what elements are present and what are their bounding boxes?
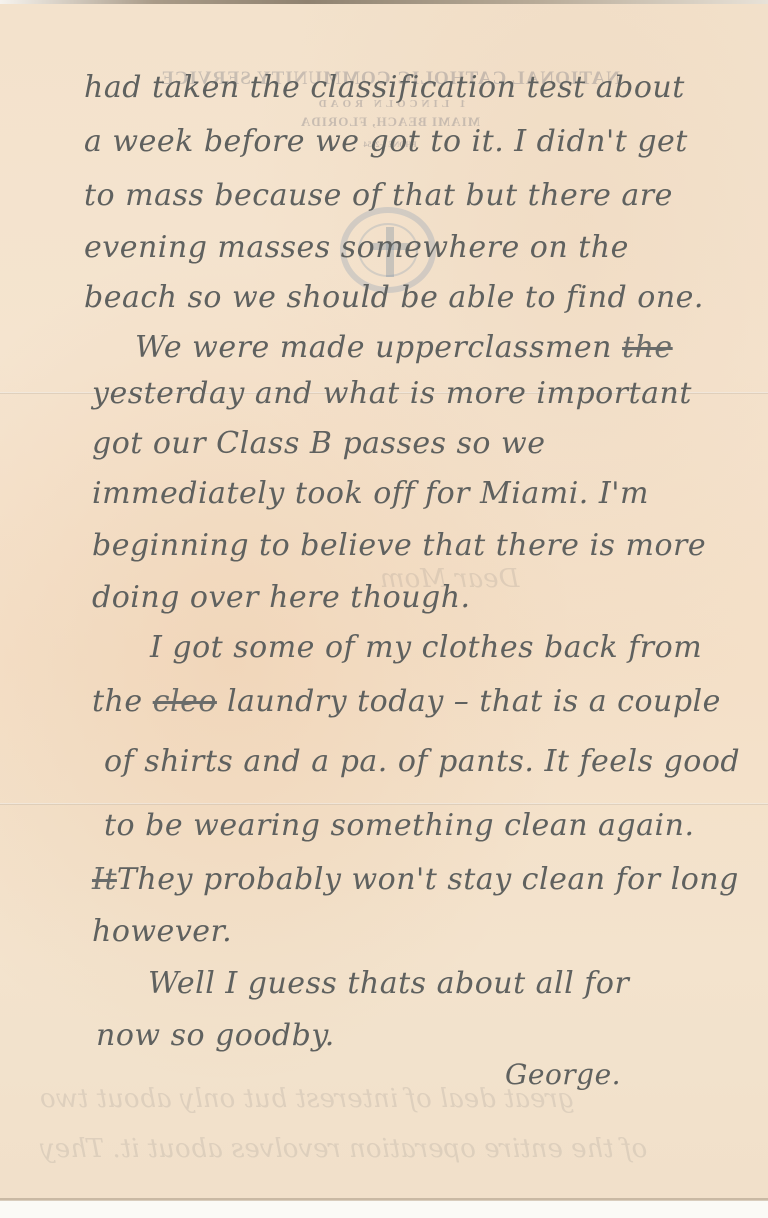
letter-line: beach so we should be able to find one. <box>84 280 704 315</box>
paper-bottom-edge <box>0 1200 768 1218</box>
letter-line: a week before we got to it. I didn't get <box>84 124 688 159</box>
letter-line: beginning to believe that there is more <box>92 528 706 563</box>
struck-word: It <box>92 862 117 897</box>
line-text: We were made upperclassmen <box>135 330 612 365</box>
fold-line <box>0 803 768 805</box>
letter-line: evening masses somewhere on the <box>84 230 629 265</box>
letter-line: I got some of my clothes back from <box>150 630 702 665</box>
letter-line: to mass because of that but there are <box>84 178 673 213</box>
letter-line: Well I guess thats about all for <box>148 966 629 1001</box>
show-through-text: great deal of interest but only about tw… <box>40 1084 574 1114</box>
letter-line: got our Class B passes so we <box>92 426 545 461</box>
letter-line: however. <box>92 914 232 949</box>
letter-line: the cleo laundry today – that is a coupl… <box>92 684 721 719</box>
letter-line: ItThey probably won't stay clean for lon… <box>92 862 739 897</box>
show-through-text: of the entire operation revolves about i… <box>40 1134 647 1164</box>
struck-word: the <box>622 330 673 365</box>
letter-line: We were made upperclassmen the <box>135 330 673 365</box>
signature: George. <box>505 1058 621 1091</box>
letter-line: had taken the classification test about <box>84 70 685 105</box>
struck-word: cleo <box>153 684 217 719</box>
letter-line: immediately took off for Miami. I'm <box>92 476 649 511</box>
letter-line: yesterday and what is more important <box>92 376 692 411</box>
letter-page: NATIONAL CATHOLIC COMMUNITY SERVICE 1 LI… <box>0 4 768 1200</box>
letter-line: to be wearing something clean again. <box>104 808 694 843</box>
letter-line: now so goodby. <box>96 1018 335 1053</box>
letter-line: of shirts and a pa. of pants. It feels g… <box>104 744 740 779</box>
line-prefix: the <box>92 684 143 719</box>
letter-line: doing over here though. <box>92 580 471 615</box>
line-text: They probably won't stay clean for long <box>117 862 739 897</box>
line-text: laundry today – that is a couple <box>227 684 721 719</box>
